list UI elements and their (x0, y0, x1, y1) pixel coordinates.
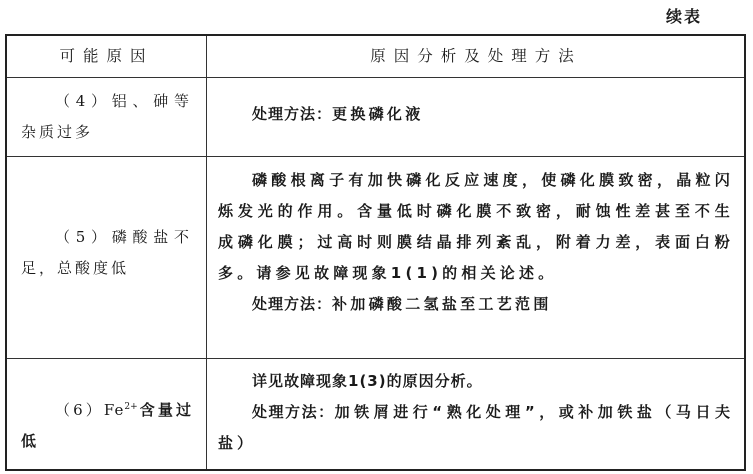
method-line: 处理方法：加铁屑进行“熟化处理”，或补加铁盐（马日夫盐） (218, 397, 734, 459)
table-row-cause: （4）铝、砷等杂质过多 (7, 86, 206, 148)
method-line: 处理方法：补加磷酸二氢盐至工艺范围 (218, 289, 734, 320)
table-row-analysis: 处理方法：更换磷化液 (208, 99, 744, 130)
table-row-cause: （5）磷酸盐不足，总酸度低 (7, 222, 206, 284)
method-label: 处理方法： (252, 105, 332, 123)
superscript-charge: 2+ (124, 402, 137, 412)
method-label: 处理方法： (252, 295, 332, 313)
table-row-analysis: 详见故障现象1(3)的原因分析。 处理方法：加铁屑进行“熟化处理”，或补加铁盐（… (208, 366, 744, 459)
cause-text: （4）铝、砷等杂质过多 (21, 86, 192, 148)
header-divider (7, 77, 744, 78)
table-row-analysis: 磷酸根离子有加快磷化反应速度，使磷化膜致密，晶粒闪烁发光的作用。含量低时磷化膜不… (208, 165, 744, 320)
analysis-text: 磷酸根离子有加快磷化反应速度，使磷化膜致密，晶粒闪烁发光的作用。含量低时磷化膜不… (218, 165, 734, 289)
method-text: 补加磷酸二氢盐至工艺范围 (332, 295, 552, 313)
cause-text: （6）Fe2+含量过低 (21, 395, 192, 457)
continued-table-label: 续表 (666, 4, 702, 27)
table-row-cause: （6）Fe2+含量过低 (7, 395, 206, 457)
cause-text: （5）磷酸盐不足，总酸度低 (21, 222, 192, 284)
column-divider (206, 36, 207, 469)
row-divider (7, 358, 744, 359)
method-label: 处理方法： (252, 403, 335, 421)
row-divider (7, 156, 744, 157)
method-line: 处理方法：更换磷化液 (218, 99, 734, 130)
analysis-text: 详见故障现象1(3)的原因分析。 (218, 366, 734, 397)
header-analysis: 原因分析及处理方法 (208, 36, 744, 77)
cause-analysis-table: 可能原因 原因分析及处理方法 （4）铝、砷等杂质过多 处理方法：更换磷化液 （5… (5, 34, 746, 471)
cause-prefix: （6）Fe (55, 401, 124, 419)
method-text: 更换磷化液 (332, 105, 424, 123)
header-cause: 可能原因 (7, 36, 206, 77)
